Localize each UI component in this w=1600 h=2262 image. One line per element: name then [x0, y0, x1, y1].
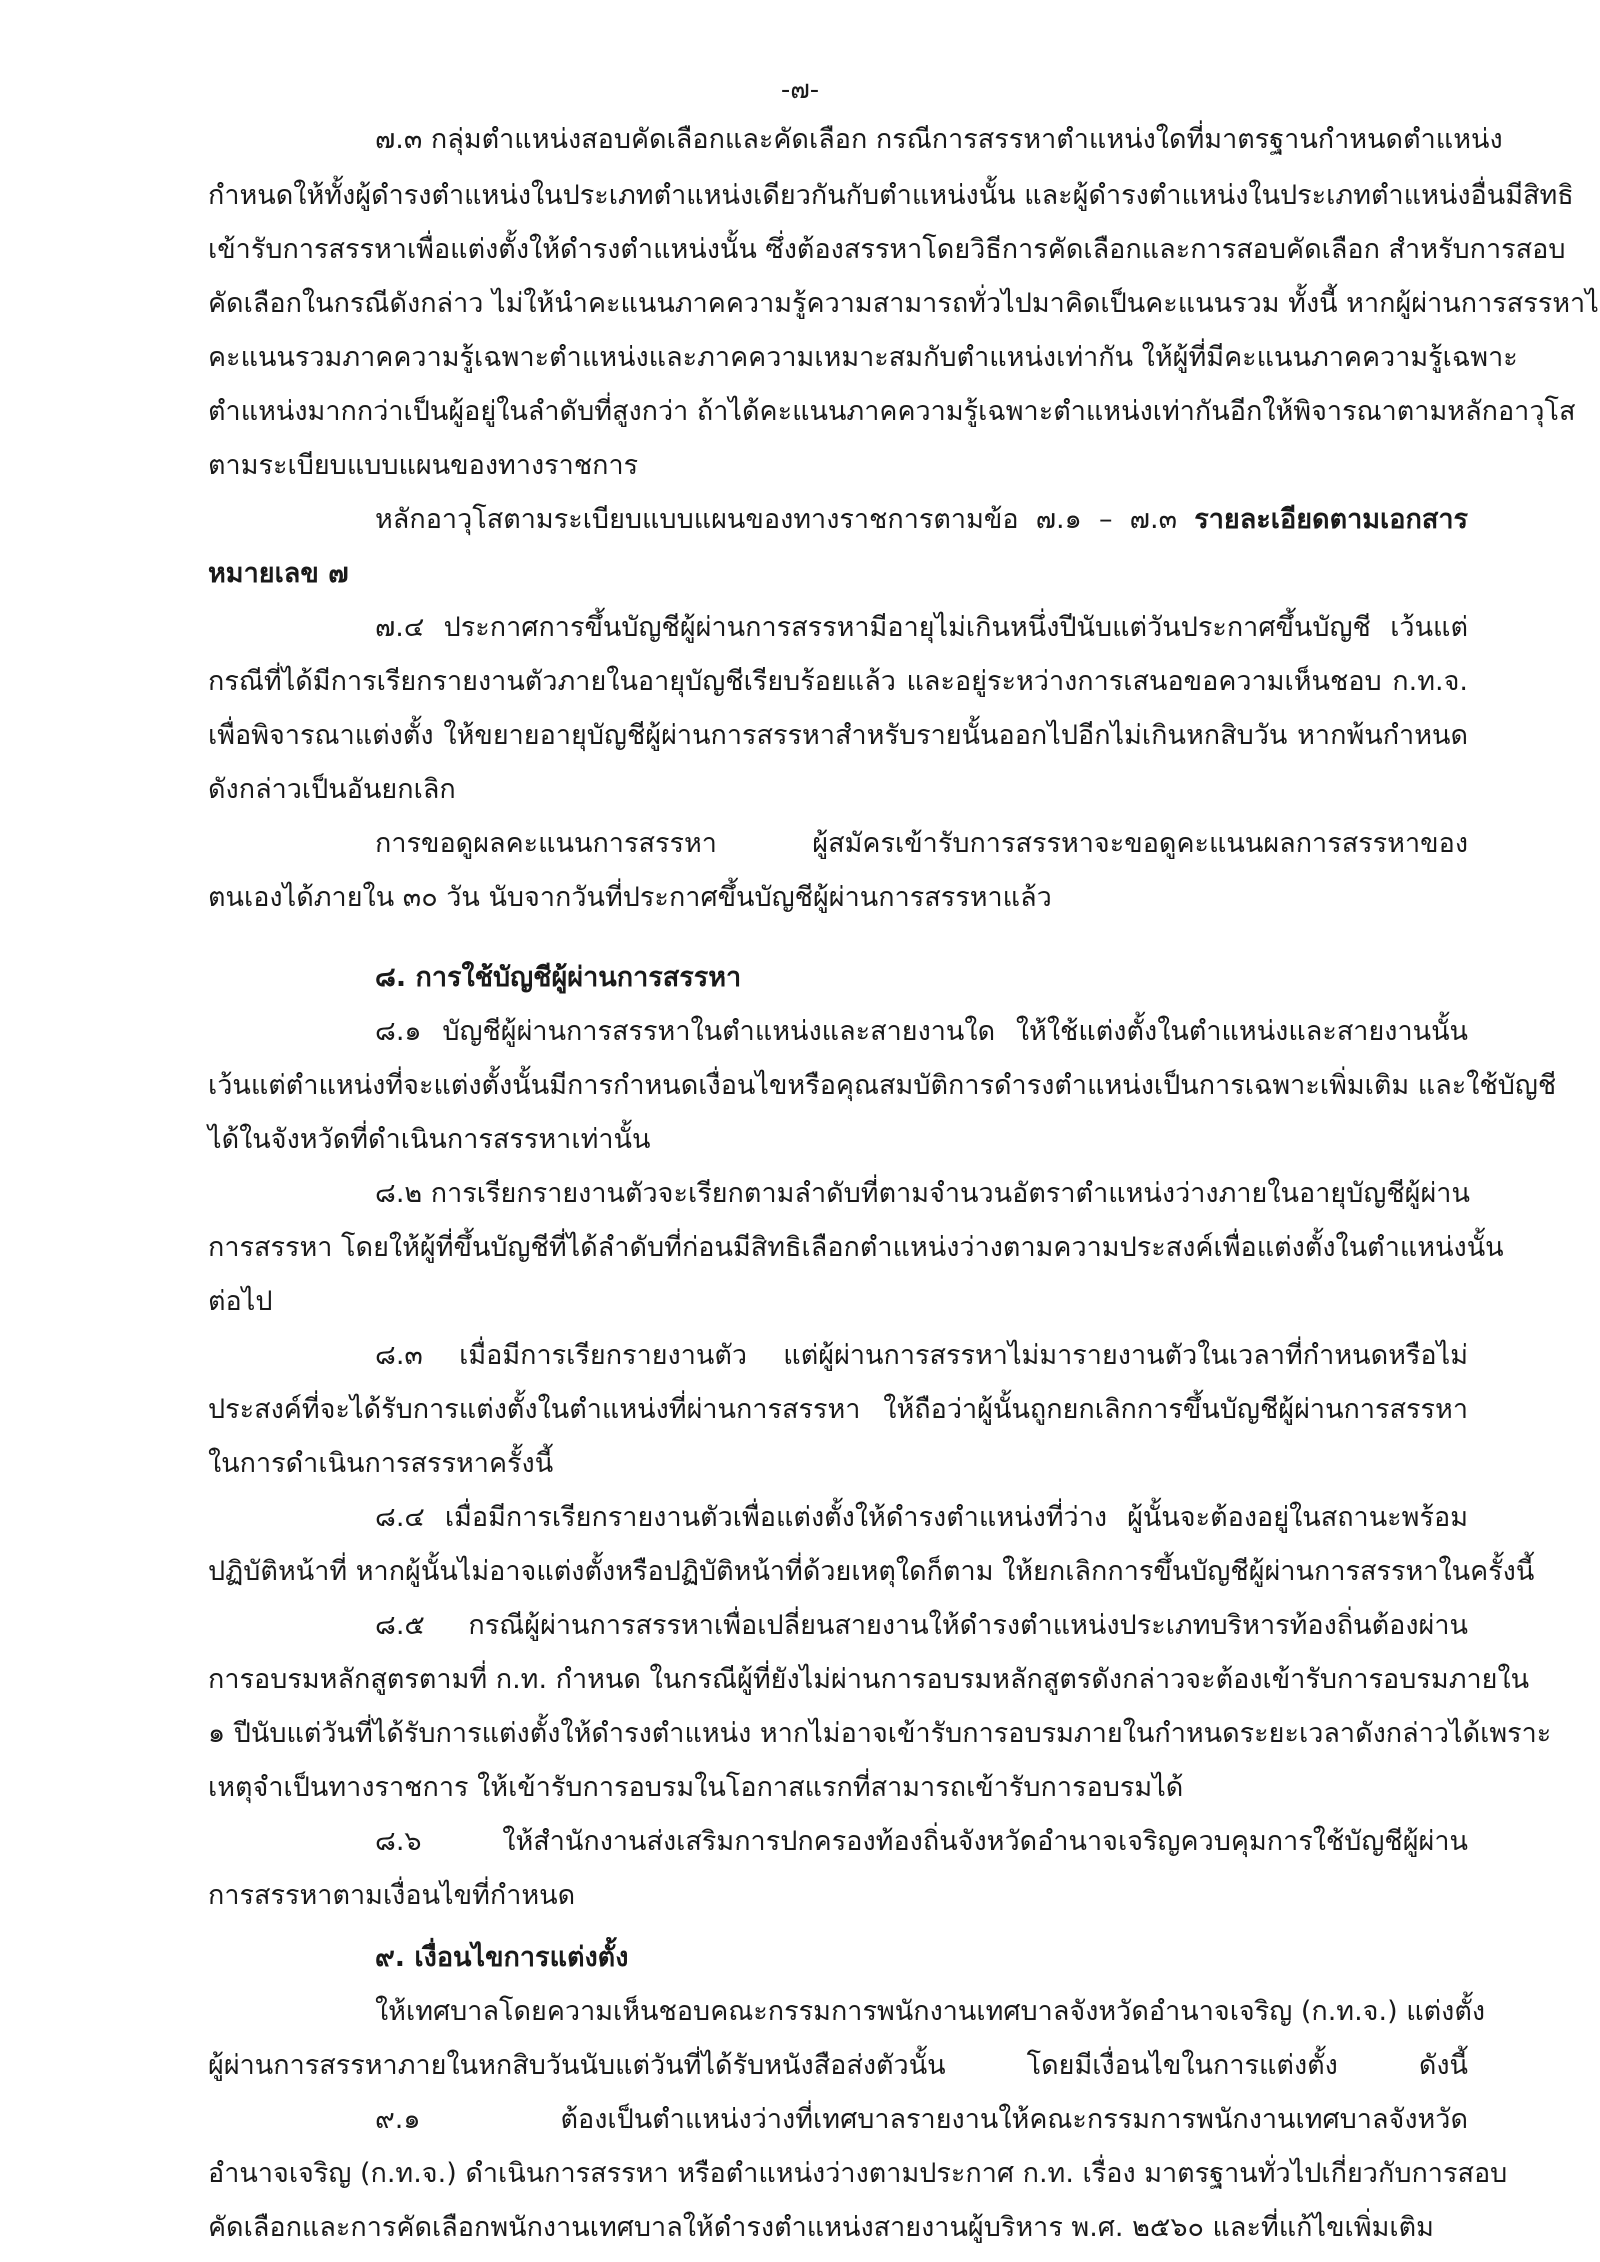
paragraph-7-3-line: คะแนนรวมภาคความรู้เฉพาะตำแหน่งและภาคความ… — [208, 340, 1468, 376]
paragraph-7-3-line: ตำแหน่งมากกว่าเป็นผู้อยู่ในลำดับที่สูงกว… — [208, 394, 1468, 430]
paragraph-8-5-line: การอบรมหลักสูตรตามที่ ก.ท. กำหนด ในกรณีผ… — [208, 1662, 1468, 1698]
paragraph-8-1-line: ๘.๑ บัญชีผู้ผ่านการสรรหาในตำแหน่งและสายง… — [375, 1014, 1468, 1050]
paragraph-7-4-line: เพื่อพิจารณาแต่งตั้ง ให้ขยายอายุบัญชีผู้… — [208, 718, 1468, 754]
paragraph-8-3-line: ในการดำเนินการสรรหาครั้งนี้ — [208, 1446, 553, 1482]
paragraph-8-4-line: ๘.๔ เมื่อมีการเรียกรายงานตัวเพื่อแต่งตั้… — [375, 1500, 1468, 1536]
paragraph-7-3-line: ตามระเบียบแบบแผนของทางราชการ — [208, 448, 638, 484]
paragraph-7-4-line: ดังกล่าวเป็นอันยกเลิก — [208, 772, 456, 808]
section-9-heading: ๙. เงื่อนไขการแต่งตั้ง — [375, 1940, 628, 1976]
paragraph-9-1-line: อำนาจเจริญ (ก.ท.จ.) ดำเนินการสรรหา หรือต… — [208, 2156, 1468, 2192]
paragraph-9-1-line: ๙.๑ ต้องเป็นตำแหน่งว่างที่เทศบาลรายงานให… — [375, 2102, 1468, 2138]
paragraph-8-2-line: ต่อไป — [208, 1284, 272, 1320]
seniority-text: หลักอาวุโสตามระเบียบแบบแผนของทางราชการตา… — [375, 504, 1194, 535]
paragraph-9-1-line: คัดเลือกและการคัดเลือกพนักงานเทศบาลให้ดำ… — [208, 2210, 1434, 2246]
paragraph-8-2-line: ๘.๒ การเรียกรายงานตัวจะเรียกตามลำดับที่ต… — [375, 1176, 1468, 1212]
paragraph-7-3-line: ๗.๓ กลุ่มตำแหน่งสอบคัดเลือกและคัดเลือก ก… — [375, 122, 1468, 158]
paragraph-7-4-line: กรณีที่ได้มีการเรียกรายงานตัวภายในอายุบั… — [208, 664, 1468, 700]
paragraph-8-1-line: เว้นแต่ตำแหน่งที่จะแต่งตั้งนั้นมีการกำหน… — [208, 1068, 1468, 1104]
score-request-line: ตนเองได้ภายใน ๓๐ วัน นับจากวันที่ประกาศข… — [208, 880, 1052, 916]
paragraph-8-3-line: ๘.๓ เมื่อมีการเรียกรายงานตัว แต่ผู้ผ่านก… — [375, 1338, 1468, 1374]
paragraph-8-6-line: ๘.๖ ให้สำนักงานส่งเสริมการปกครองท้องถิ่น… — [375, 1824, 1468, 1860]
paragraph-8-4-line: ปฏิบัติหน้าที่ หากผู้นั้นไม่อาจแต่งตั้งห… — [208, 1554, 1468, 1590]
score-request-line: การขอดูผลคะแนนการสรรหา ผู้สมัครเข้ารับกา… — [375, 826, 1468, 862]
section-8-heading: ๘. การใช้บัญชีผู้ผ่านการสรรหา — [375, 960, 741, 996]
paragraph-7-4-line: ๗.๔ ประกาศการขึ้นบัญชีผู้ผ่านการสรรหามีอ… — [375, 610, 1468, 646]
document-reference-number: หมายเลข ๗ — [208, 556, 349, 592]
paragraph-8-3-line: ประสงค์ที่จะได้รับการแต่งตั้งในตำแหน่งที… — [208, 1392, 1468, 1428]
paragraph-8-5-line: ๘.๕ กรณีผู้ผ่านการสรรหาเพื่อเปลี่ยนสายงา… — [375, 1608, 1468, 1644]
paragraph-8-6-line: การสรรหาตามเงื่อนไขที่กำหนด — [208, 1878, 575, 1914]
paragraph-8-5-line: ๑ ปีนับแต่วันที่ได้รับการแต่งตั้งให้ดำรง… — [208, 1716, 1468, 1752]
paragraph-8-2-line: การสรรหา โดยให้ผู้ที่ขึ้นบัญชีที่ได้ลำดั… — [208, 1230, 1468, 1266]
paragraph-7-3-line: คัดเลือกในกรณีดังกล่าว ไม่ให้นำคะแนนภาคค… — [208, 286, 1468, 322]
section-9-intro-line: ผู้ผ่านการสรรหาภายในหกสิบวันนับแต่วันที่… — [208, 2048, 1468, 2084]
paragraph-7-3-line: กำหนดให้ทั้งผู้ดำรงตำแหน่งในประเภทตำแหน่… — [208, 178, 1468, 214]
section-9-intro-line: ให้เทศบาลโดยความเห็นชอบคณะกรรมการพนักงาน… — [375, 1994, 1468, 2030]
paragraph-8-5-line: เหตุจำเป็นทางราชการ ให้เข้ารับการอบรมในโ… — [208, 1770, 1183, 1806]
paragraph-7-3-line: เข้ารับการสรรหาเพื่อแต่งตั้งให้ดำรงตำแหน… — [208, 232, 1468, 268]
document-reference: รายละเอียดตามเอกสาร — [1194, 504, 1468, 535]
page-number: -๗- — [0, 72, 1600, 108]
paragraph-8-1-line: ได้ในจังหวัดที่ดำเนินการสรรหาเท่านั้น — [208, 1122, 650, 1158]
document-page: -๗- ๗.๓ กลุ่มตำแหน่งสอบคัดเลือกและคัดเลื… — [0, 0, 1600, 2262]
seniority-note: หลักอาวุโสตามระเบียบแบบแผนของทางราชการตา… — [375, 502, 1468, 538]
